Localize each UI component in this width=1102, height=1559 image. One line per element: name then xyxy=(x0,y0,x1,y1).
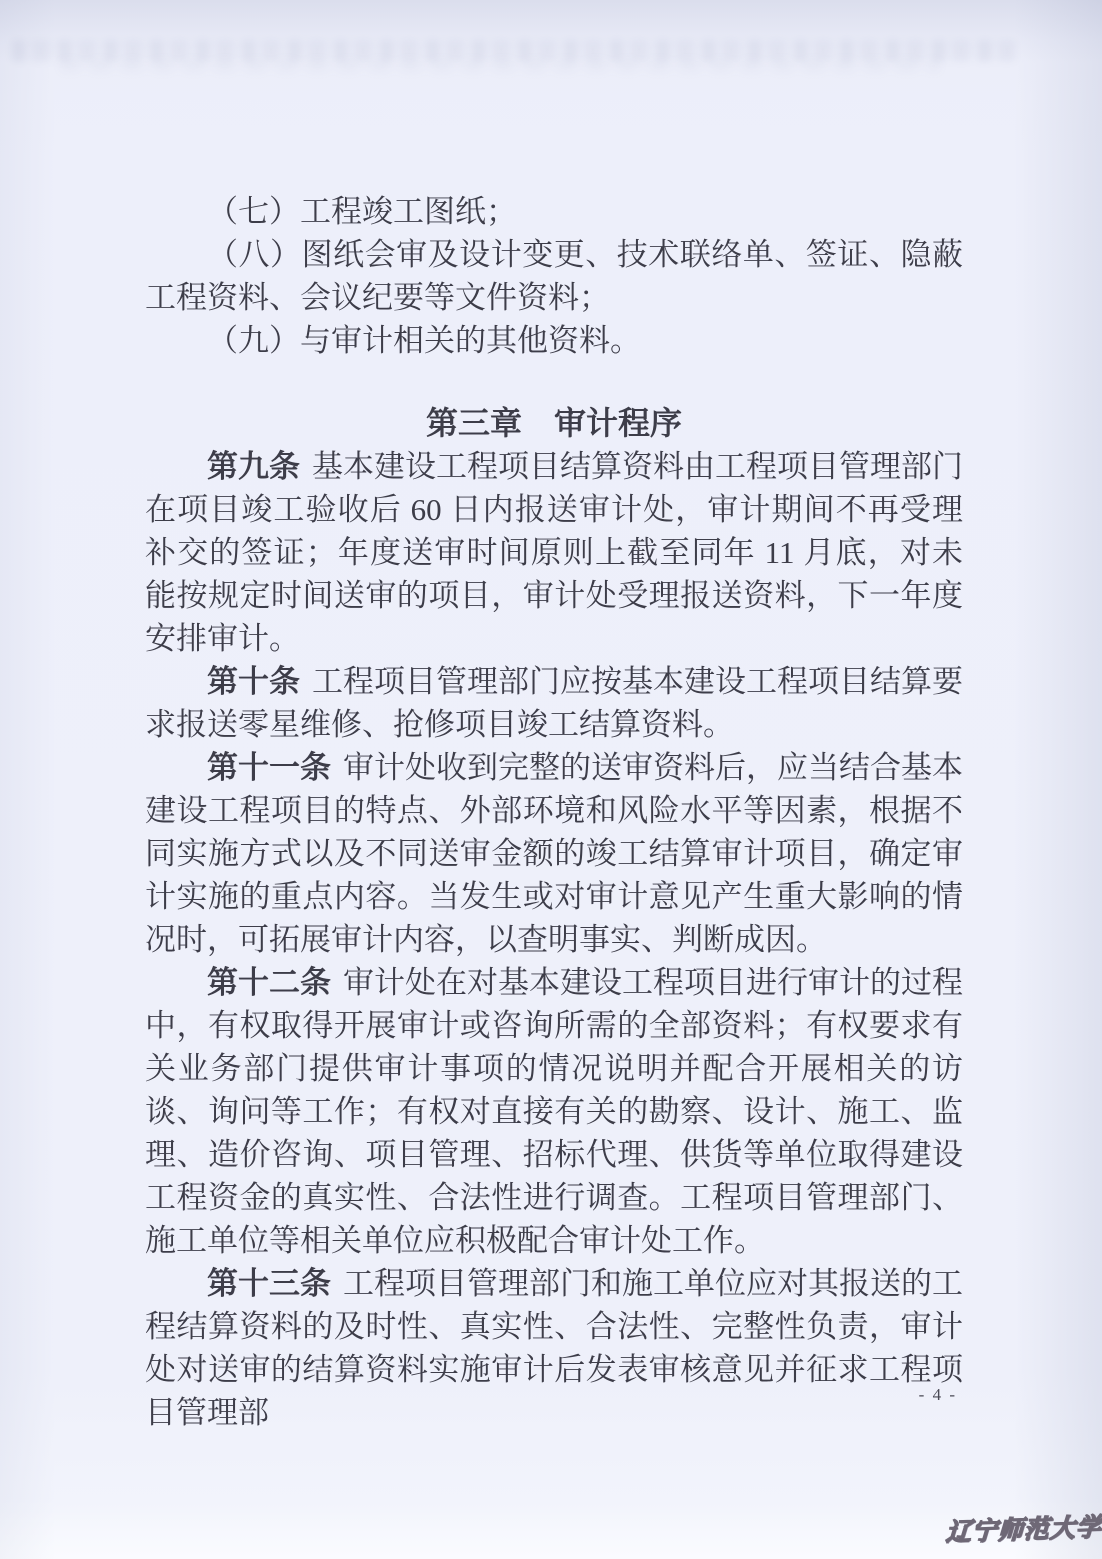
document-body: （七）工程竣工图纸； （八）图纸会审及设计变更、技术联络单、签证、隐蔽工程资料、… xyxy=(145,190,963,1434)
university-watermark-stamp: 辽宁师范大学 xyxy=(945,1507,1102,1549)
article-10: 第十条工程项目管理部门应按基本建设工程项目结算要求报送零星维修、抢修项目竣工结算… xyxy=(145,660,963,746)
article-12: 第十二条审计处在对基本建设工程项目进行审计的过程中，有权取得开展审计或咨询所需的… xyxy=(145,961,963,1262)
article-13: 第十三条工程项目管理部门和施工单位应对其报送的工程结算资料的及时性、真实性、合法… xyxy=(145,1262,963,1434)
chapter-heading: 第三章 审计程序 xyxy=(145,402,963,445)
ink-bleedthrough-band xyxy=(12,40,1016,62)
ink-bleedthrough-band-secondary xyxy=(60,60,940,72)
article-12-label: 第十二条 xyxy=(207,965,331,1000)
article-9-label: 第九条 xyxy=(207,449,300,484)
page-number: - 4 - xyxy=(919,1385,957,1405)
article-10-label: 第十条 xyxy=(207,664,300,699)
article-11: 第十一条审计处收到完整的送审资料后，应当结合基本建设工程项目的特点、外部环境和风… xyxy=(145,746,963,961)
list-item-8: （八）图纸会审及设计变更、技术联络单、签证、隐蔽工程资料、会议纪要等文件资料； xyxy=(145,233,963,319)
scanned-document-page: （七）工程竣工图纸； （八）图纸会审及设计变更、技术联络单、签证、隐蔽工程资料、… xyxy=(0,0,1102,1559)
list-item-7: （七）工程竣工图纸； xyxy=(145,190,963,233)
article-9: 第九条基本建设工程项目结算资料由工程项目管理部门在项目竣工验收后 60 日内报送… xyxy=(145,445,963,660)
article-12-text: 审计处在对基本建设工程项目进行审计的过程中，有权取得开展审计或咨询所需的全部资料… xyxy=(145,965,963,1258)
article-11-label: 第十一条 xyxy=(207,750,331,785)
list-item-9: （九）与审计相关的其他资料。 xyxy=(145,319,963,362)
article-13-label: 第十三条 xyxy=(207,1266,331,1301)
